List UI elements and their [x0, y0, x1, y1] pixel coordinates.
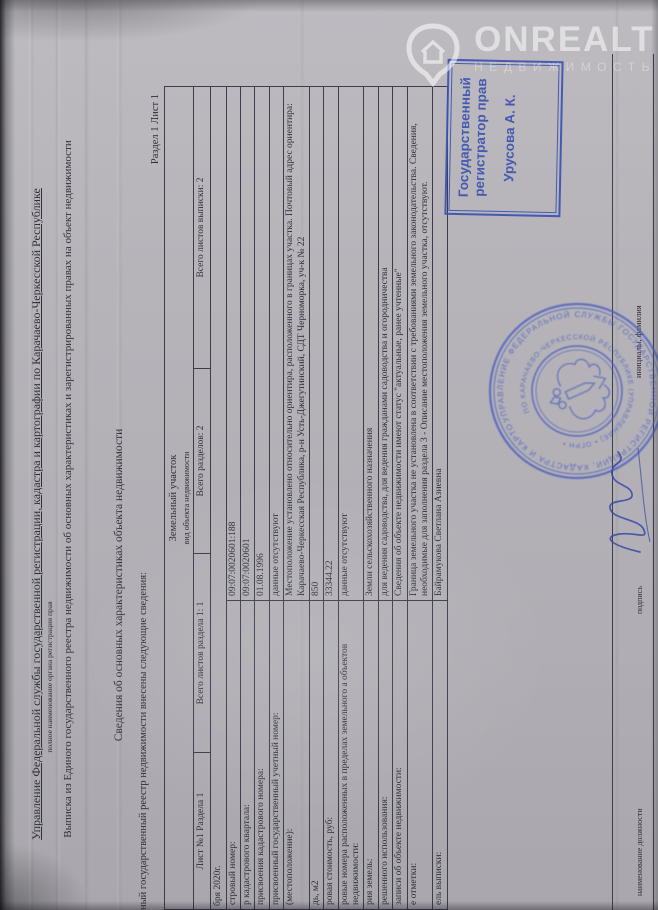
object-type: Земельный участок — [168, 87, 181, 909]
row-label: ель выписки: — [433, 600, 446, 909]
sheet-counts-row: Лист №1 Раздела 1 Всего листов раздела 1… — [194, 87, 210, 909]
table-row: дь, м2850 — [310, 87, 324, 909]
row-label: р кадастрового квартала: — [241, 600, 254, 909]
signature-caption: подпись — [635, 586, 644, 614]
table-row: стровый номер:09:07:0020601:188 — [227, 87, 241, 909]
table-row: р кадастрового квартала:09:07:0020601 — [241, 87, 255, 909]
onrealt-pin-icon — [404, 22, 462, 88]
onrealt-brand: ONREALT — [474, 22, 656, 57]
table-row: присвоенный государственный учетный номе… — [270, 87, 284, 909]
authority-caption: полное наименование органа регистрации п… — [45, 562, 54, 792]
table-row: записи об объекте недвижимости:Сведения … — [393, 87, 407, 909]
row-value: Сведения об объекте недвижимости имеют с… — [393, 87, 406, 600]
row-label: записи об объекте недвижимости: — [393, 600, 406, 909]
registrar-signature — [594, 438, 658, 560]
row-value: 09:07:0020601:188 — [227, 87, 240, 600]
row-label: стровый номер: — [227, 600, 240, 909]
position-caption: наименование должности — [635, 808, 644, 896]
double-eagle-emblem — [539, 352, 617, 429]
row-value: Земли сельскохозяйственного назначения — [364, 87, 377, 600]
row-label: (местоположение): — [284, 600, 309, 909]
sheet-cell: Лист №1 Раздела 1 — [194, 752, 209, 909]
row-label: е отметки: — [408, 600, 433, 909]
object-type-header: Земельный участок вид объекта недвижимос… — [165, 87, 194, 909]
row-value: для ведения садоводства, для ведения гра… — [379, 87, 392, 600]
photo-of-document: Управление Федеральной службы государств… — [0, 0, 658, 910]
row-value: данные отсутствуют — [270, 87, 283, 600]
table-row: решенного использования:для ведения садо… — [379, 87, 393, 909]
sheet-cell: Всего разделов: 2 — [194, 368, 209, 553]
row-label: решенного использования: — [379, 600, 392, 909]
document-title: Выписка из Единого государственного реес… — [62, 136, 74, 842]
table-row: рия земель:Земли сельскохозяйственного н… — [364, 87, 378, 909]
onrealt-watermark-text: ONREALT НЕДВИЖИМОСТЬ — [474, 22, 656, 74]
row-value: 850 — [310, 87, 323, 600]
row-value: данные отсутствуют — [339, 87, 364, 600]
section-page-label: Раздел 1 Лист 1 — [150, 94, 161, 390]
row-value: Местоположение установлено относительно … — [284, 87, 309, 600]
onrealt-subtitle: НЕДВИЖИМОСТЬ — [474, 60, 656, 74]
table-row: е отметки:Граница земельного участка не … — [408, 87, 434, 909]
row-value: 01.08.1996 — [255, 87, 268, 600]
row-value: 09:07:0020601 — [241, 87, 254, 600]
object-characteristics-table: Земельный участок вид объекта недвижимос… — [164, 86, 448, 910]
table-row: (местоположение):Местоположение установл… — [284, 87, 310, 909]
table-row: присвоения кадастрового номера:01.08.199… — [255, 87, 269, 909]
document-page: Управление Федеральной службы государств… — [0, 0, 658, 910]
row-label: ровые номера расположенных в пределах зе… — [339, 600, 364, 909]
sheet-cell: Всего листов выписки: 2 — [194, 87, 209, 368]
sheet-cell: Всего листов раздела 1: 1 — [194, 553, 209, 752]
date-row: бря 2020г. — [211, 87, 227, 909]
onrealt-watermark: ONREALT НЕДВИЖИМОСТЬ — [404, 22, 656, 88]
row-value: Граница земельного участка не установлен… — [408, 87, 433, 600]
row-label: присвоенный государственный учетный номе… — [270, 600, 283, 909]
object-type-caption: вид объекта недвижимости — [182, 87, 192, 909]
intro-line: ный государственный реестр недвижимости … — [138, 572, 149, 910]
row-label: присвоения кадастрового номера: — [255, 600, 268, 909]
table-row: ровая стоимость, руб:33344.22 — [324, 87, 338, 909]
section-title: Сведения об основных характеристиках объ… — [113, 260, 125, 910]
row-label: дь, м2 — [310, 600, 323, 909]
row-label: ровая стоимость, руб: — [324, 600, 337, 909]
row-label: рия земель: — [364, 600, 377, 909]
row-value: 33344.22 — [324, 87, 337, 600]
authority-title: Управление Федеральной службы государств… — [29, 174, 44, 854]
table-row: ровые номера расположенных в пределах зе… — [339, 87, 365, 909]
